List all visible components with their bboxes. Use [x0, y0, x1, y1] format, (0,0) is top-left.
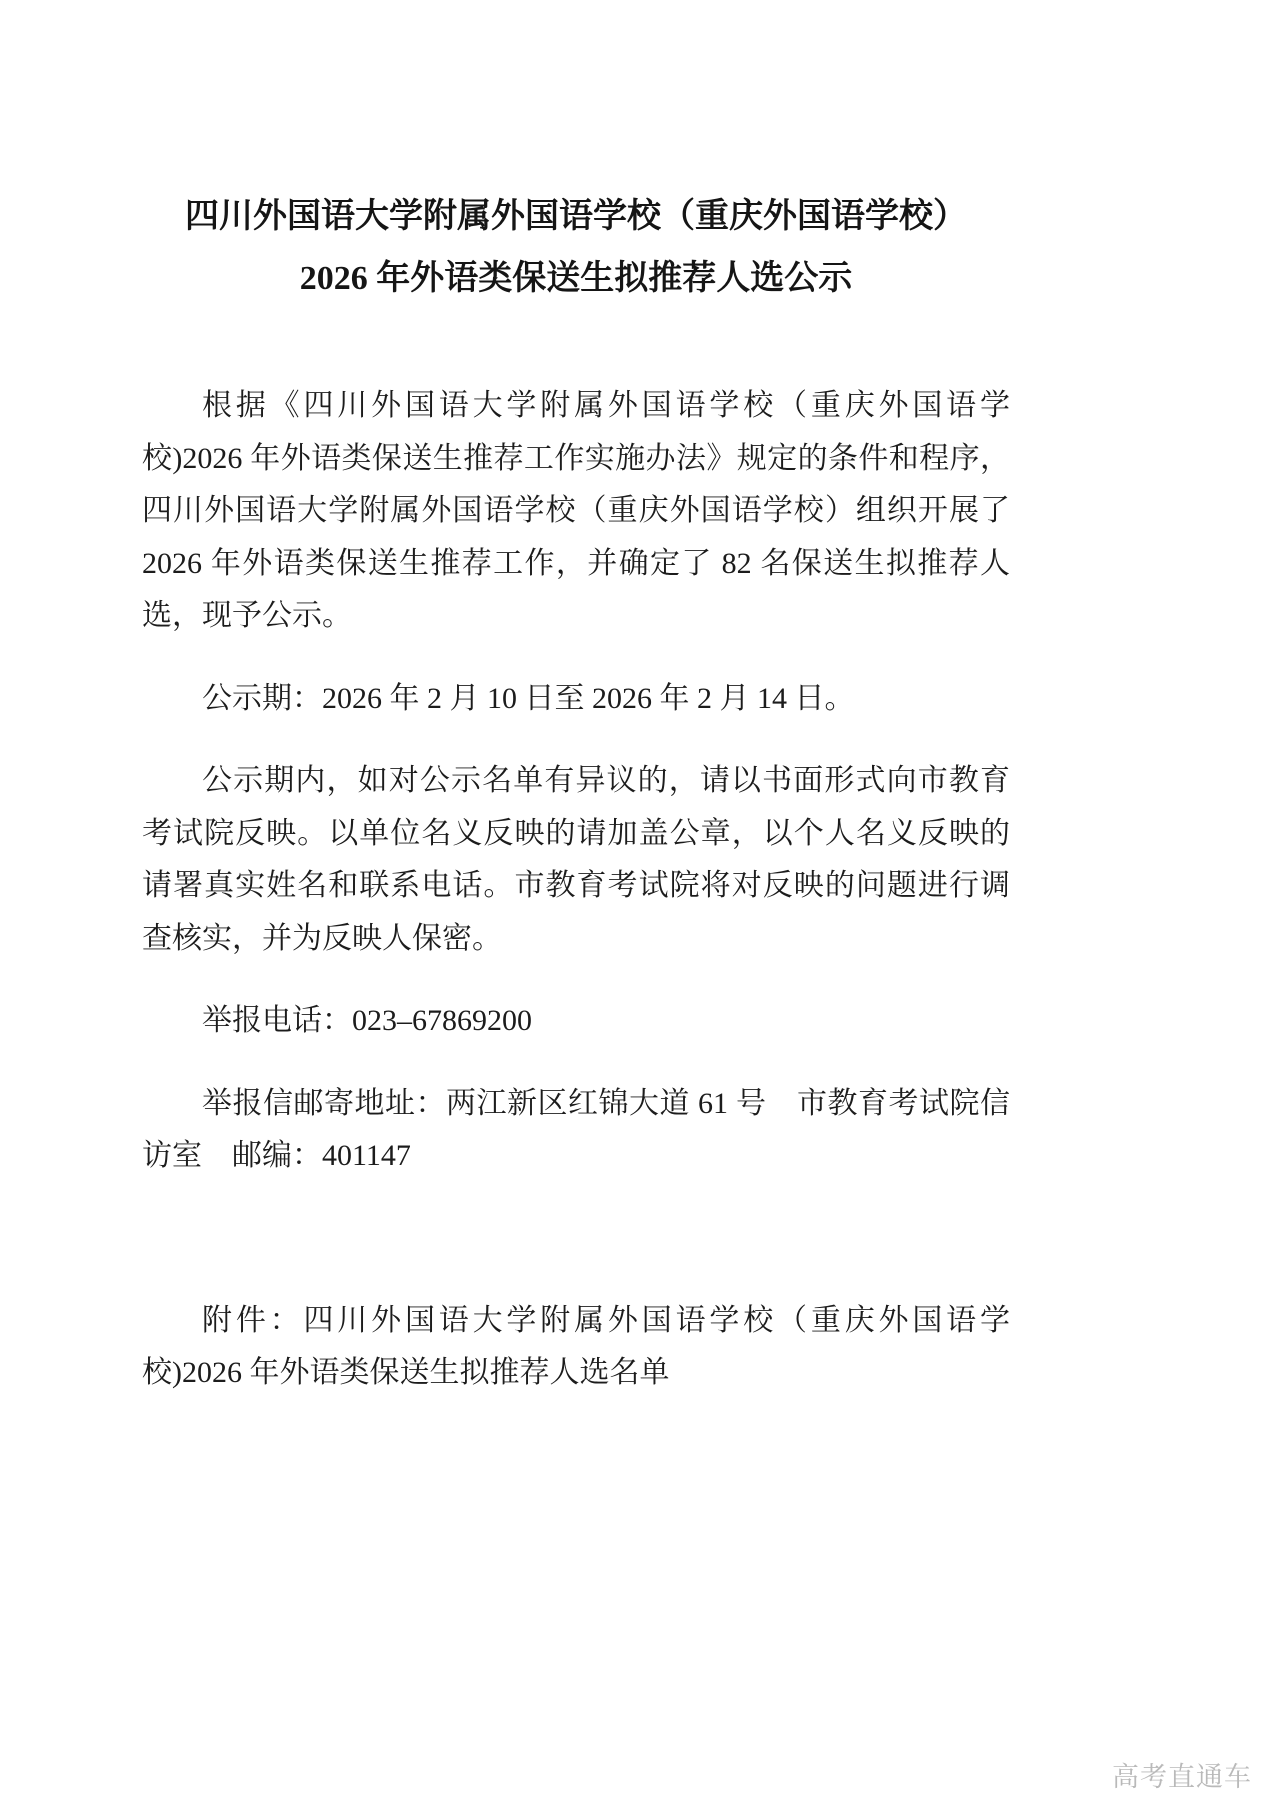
paragraph-objection-instructions: 公示期内，如对公示名单有异议的，请以书面形式向市教育考试院反映。以单位名义反映的…	[142, 755, 1010, 965]
paragraph-publicity-period: 公示期：2026 年 2 月 10 日至 2026 年 2 月 14 日。	[142, 673, 1010, 726]
paragraph-report-address: 举报信邮寄地址：两江新区红锦大道 61 号 市教育考试院信访室 邮编：40114…	[142, 1078, 1010, 1183]
paragraph-attachment: 附件：四川外国语大学附属外国语学校（重庆外国语学校)2026 年外语类保送生拟推…	[142, 1295, 1010, 1400]
document-title: 四川外国语大学附属外国语学校（重庆外国语学校） 2026 年外语类保送生拟推荐人…	[142, 186, 1010, 310]
watermark-gaokao-zhitongche: 高考直通车	[1112, 1755, 1252, 1794]
document-page: 四川外国语大学附属外国语学校（重庆外国语学校） 2026 年外语类保送生拟推荐人…	[0, 0, 1280, 1810]
title-line-1: 四川外国语大学附属外国语学校（重庆外国语学校）	[142, 186, 1010, 248]
title-line-2: 2026 年外语类保送生拟推荐人选公示	[142, 248, 1010, 310]
document-body: 四川外国语大学附属外国语学校（重庆外国语学校） 2026 年外语类保送生拟推荐人…	[142, 186, 1010, 1400]
paragraph-intro: 根据《四川外国语大学附属外国语学校（重庆外国语学校)2026 年外语类保送生推荐…	[142, 380, 1010, 643]
document-text: 根据《四川外国语大学附属外国语学校（重庆外国语学校)2026 年外语类保送生推荐…	[142, 380, 1010, 1400]
paragraph-report-phone: 举报电话：023–67869200	[142, 995, 1010, 1048]
